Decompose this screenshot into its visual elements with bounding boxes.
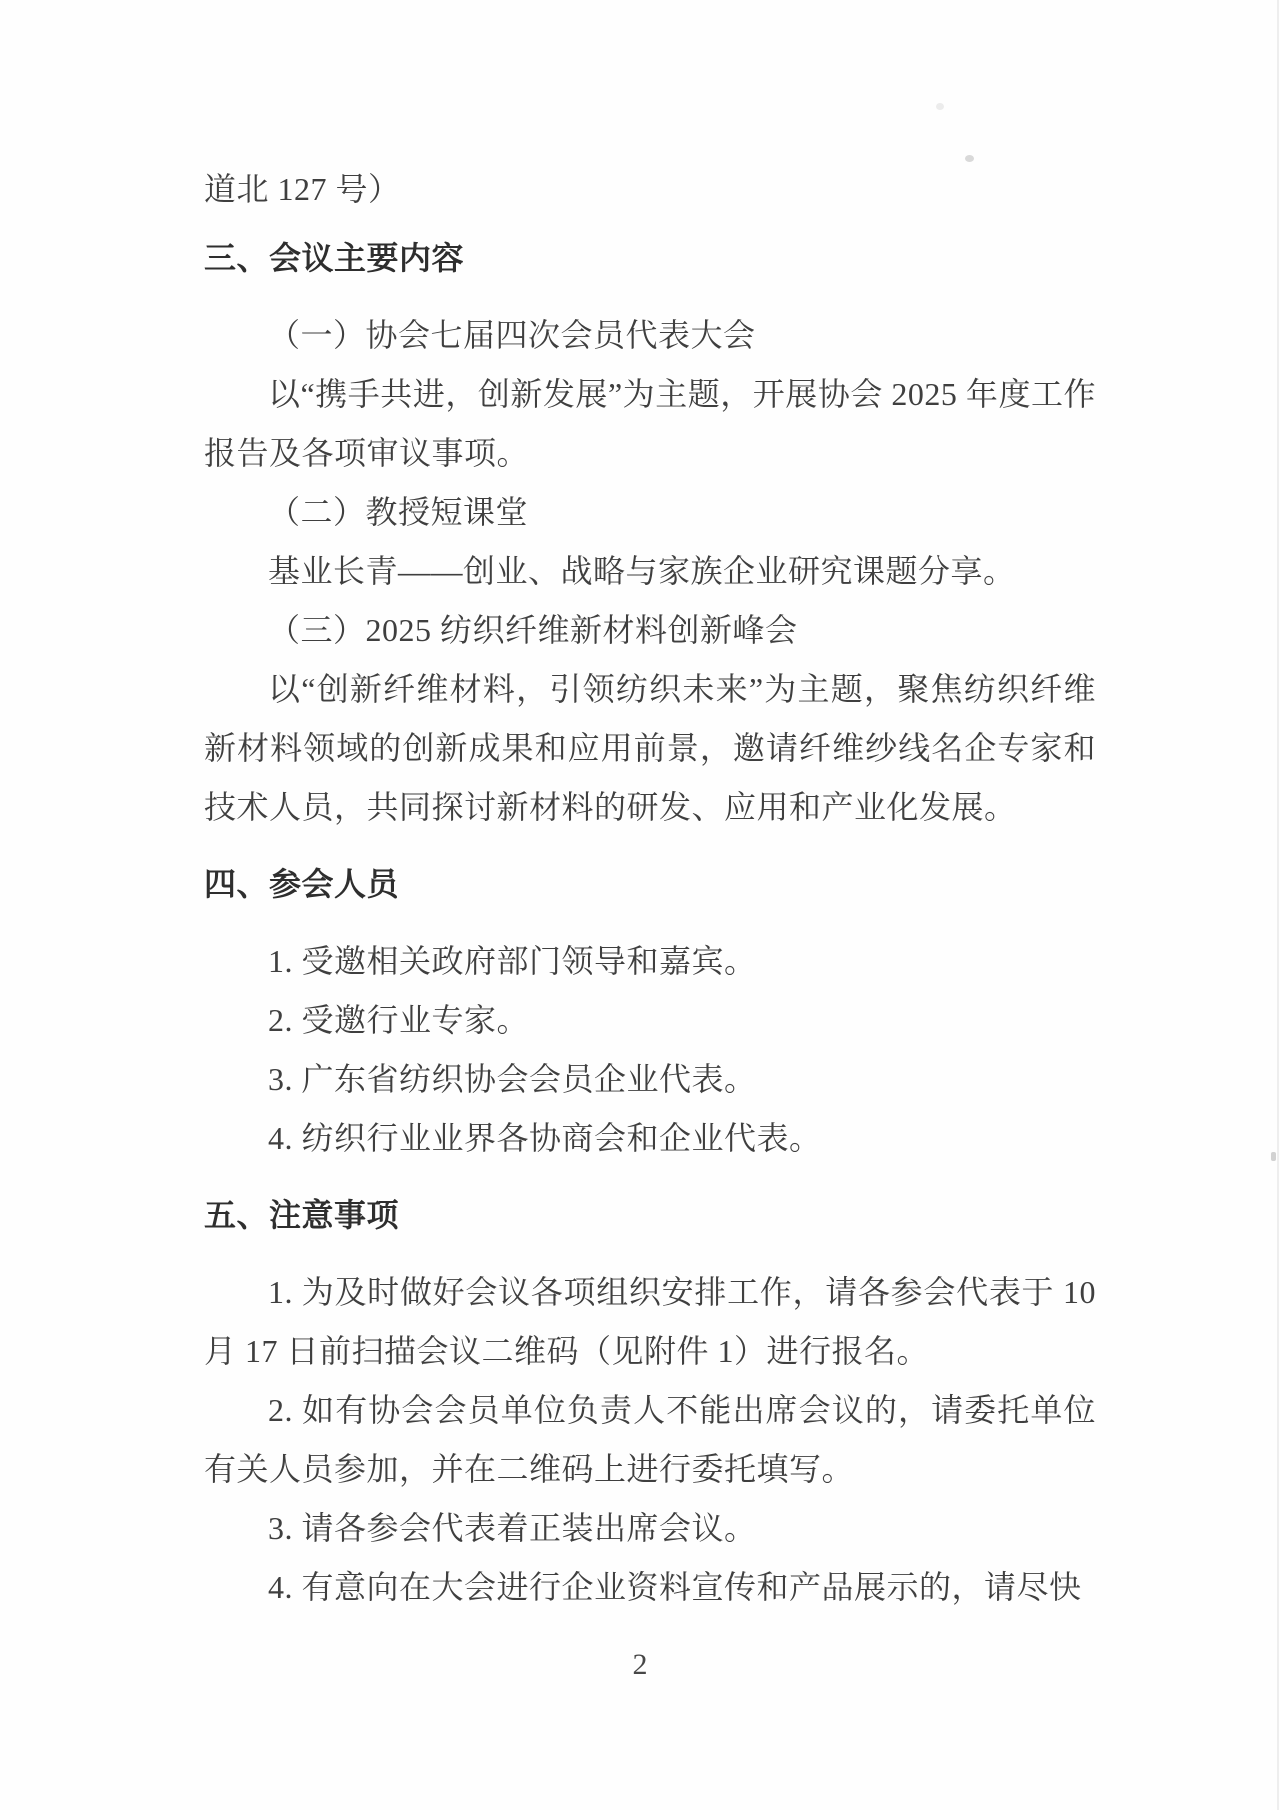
note-item-2: 2. 如有协会会员单位负责人不能出席会议的，请委托单位有关人员参加，并在二维码上… [204,1381,1096,1499]
scan-edge-artifact [1277,0,1279,1810]
participant-item-4: 4. 纺织行业业界各协商会和企业代表。 [204,1109,1096,1168]
scan-speck-artifact [965,155,974,162]
section-heading-meeting-content: 三、会议主要内容 [204,229,1096,288]
scan-speck-artifact [1271,1152,1276,1161]
paragraph-congress-theme: 以“携手共进，创新发展”为主题，开展协会 2025 年度工作报告及各项审议事项。 [204,365,1096,483]
subheading-professor-course: （二）教授短课堂 [204,483,1096,542]
section-heading-participants: 四、参会人员 [204,855,1096,914]
subheading-fiber-summit: （三）2025 纺织纤维新材料创新峰会 [204,601,1096,660]
participant-item-1: 1. 受邀相关政府部门领导和嘉宾。 [204,932,1096,991]
participant-item-2: 2. 受邀行业专家。 [204,991,1096,1050]
document-page: 道北 127 号） 三、会议主要内容 （一）协会七届四次会员代表大会 以“携手共… [0,0,1280,1810]
paragraph-course-topic: 基业长青——创业、战略与家族企业研究课题分享。 [204,542,1096,601]
paragraph-summit-theme: 以“创新纤维材料，引领纺织未来”为主题，聚焦纺织纤维新材料领域的创新成果和应用前… [204,660,1096,837]
participant-item-3: 3. 广东省纺织协会会员企业代表。 [204,1050,1096,1109]
note-item-4: 4. 有意向在大会进行企业资料宣传和产品展示的，请尽快 [204,1558,1096,1617]
scan-speck-artifact [936,103,944,110]
continuation-line-address: 道北 127 号） [204,160,1096,219]
subheading-member-congress: （一）协会七届四次会员代表大会 [204,306,1096,365]
page-number: 2 [0,1645,1280,1685]
note-item-1: 1. 为及时做好会议各项组织安排工作，请各参会代表于 10 月 17 日前扫描会… [204,1263,1096,1381]
document-body: 道北 127 号） 三、会议主要内容 （一）协会七届四次会员代表大会 以“携手共… [204,160,1096,1617]
section-heading-notes: 五、注意事项 [204,1186,1096,1245]
note-item-3: 3. 请各参会代表着正装出席会议。 [204,1499,1096,1558]
